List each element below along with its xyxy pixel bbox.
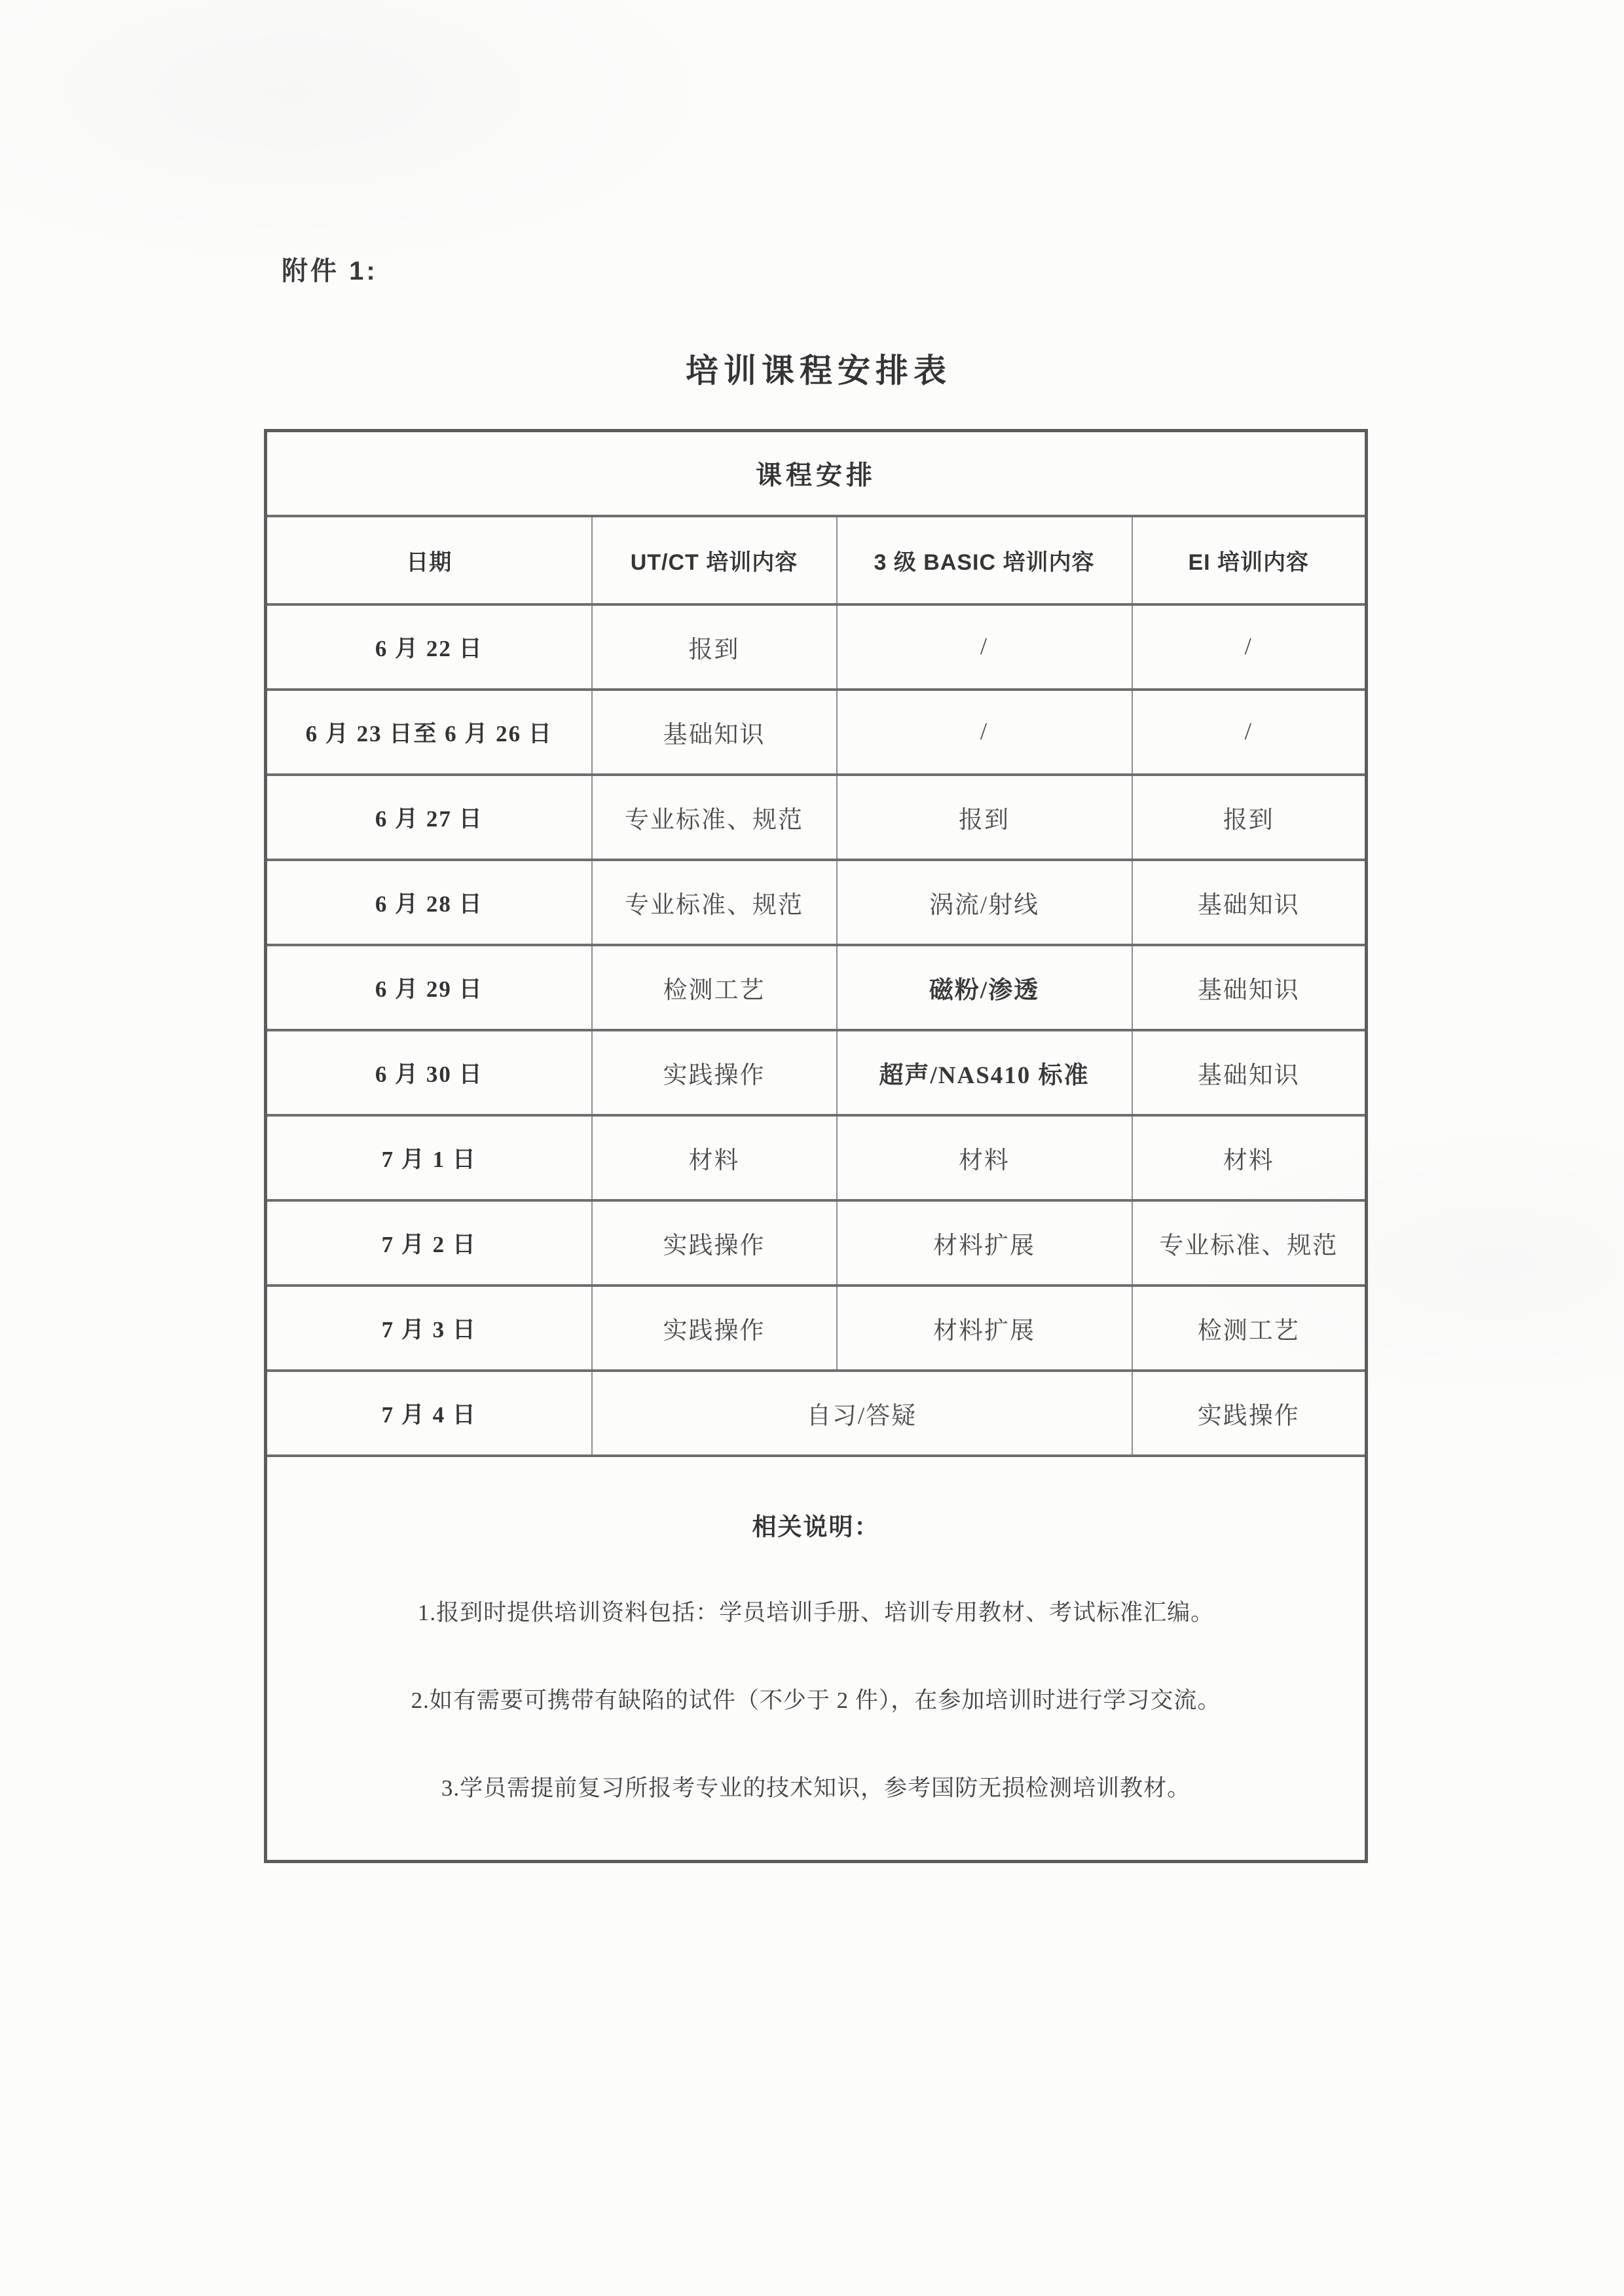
schedule-cell: 报到 — [1132, 775, 1367, 860]
table-row: 6 月 29 日 检测工艺 磁粉/渗透 基础知识 — [266, 945, 1367, 1030]
date-cell: 6 月 28 日 — [266, 860, 592, 945]
notes-row: 相关说明： 1.报到时提供培训资料包括：学员培训手册、培训专用教材、考试标准汇编… — [266, 1456, 1367, 1862]
schedule-cell: 实践操作 — [592, 1200, 837, 1286]
schedule-cell: 材料 — [837, 1115, 1132, 1200]
date-cell: 7 月 3 日 — [266, 1286, 592, 1371]
schedule-cell: 专业标准、规范 — [592, 775, 837, 860]
date-cell: 6 月 23 日至 6 月 26 日 — [266, 690, 592, 775]
schedule-cell: 材料扩展 — [837, 1200, 1132, 1286]
schedule-cell: 超声/NAS410 标准 — [837, 1030, 1132, 1115]
schedule-cell: 报到 — [592, 604, 837, 690]
note-item: 3.学员需提前复习所报考专业的技术知识，参考国防无损检测培训教材。 — [267, 1775, 1365, 1802]
schedule-cell: 基础知识 — [1132, 860, 1367, 945]
column-header-basic: 3 级 BASIC 培训内容 — [837, 516, 1132, 604]
schedule-cell: 材料扩展 — [837, 1286, 1132, 1371]
date-cell: 6 月 30 日 — [266, 1030, 592, 1115]
date-cell: 7 月 2 日 — [266, 1200, 592, 1286]
note-item: 1.报到时提供培训资料包括：学员培训手册、培训专用教材、考试标准汇编。 — [267, 1599, 1365, 1627]
table-row: 6 月 28 日 专业标准、规范 涡流/射线 基础知识 — [266, 860, 1367, 945]
table-row: 7 月 3 日 实践操作 材料扩展 检测工艺 — [266, 1286, 1367, 1371]
schedule-cell: 涡流/射线 — [837, 860, 1132, 945]
note-item: 2.如有需要可携带有缺陷的试件（不少于 2 件），在参加培训时进行学习交流。 — [267, 1687, 1365, 1714]
slash-cell: / — [837, 690, 1132, 775]
notes-cell: 相关说明： 1.报到时提供培训资料包括：学员培训手册、培训专用教材、考试标准汇编… — [266, 1456, 1367, 1862]
date-cell: 7 月 4 日 — [266, 1371, 592, 1456]
slash-cell: / — [1132, 690, 1367, 775]
date-cell: 6 月 27 日 — [266, 775, 592, 860]
schedule-cell: 基础知识 — [592, 690, 837, 775]
slash-cell: / — [1132, 604, 1367, 690]
page-title: 培训课程安排表 — [0, 344, 1624, 392]
table-row: 6 月 30 日 实践操作 超声/NAS410 标准 基础知识 — [266, 1030, 1367, 1115]
schedule-cell: 报到 — [837, 775, 1132, 860]
table-row: 7 月 4 日 自习/答疑 实践操作 — [266, 1371, 1367, 1456]
table-row: 6 月 23 日至 6 月 26 日 基础知识 / / — [266, 690, 1367, 775]
table-caption: 课程安排 — [266, 431, 1367, 516]
schedule-cell: 磁粉/渗透 — [837, 945, 1132, 1030]
document-page: 附件 1: 培训课程安排表 课程安排 日期 UT/CT 培训内容 3 级 BAS… — [0, 0, 1624, 2296]
column-header-date: 日期 — [266, 516, 592, 604]
schedule-cell: 材料 — [592, 1115, 837, 1200]
merged-selfstudy-cell: 自习/答疑 — [592, 1371, 1132, 1456]
schedule-cell: 实践操作 — [1132, 1371, 1367, 1456]
schedule-cell: 材料 — [1132, 1115, 1367, 1200]
schedule-table: 课程安排 日期 UT/CT 培训内容 3 级 BASIC 培训内容 EI 培训内… — [264, 429, 1368, 1863]
schedule-cell: 专业标准、规范 — [1132, 1200, 1367, 1286]
table-row: 6 月 27 日 专业标准、规范 报到 报到 — [266, 775, 1367, 860]
schedule-cell: 实践操作 — [592, 1286, 837, 1371]
table-row: 7 月 1 日 材料 材料 材料 — [266, 1115, 1367, 1200]
table-caption-row: 课程安排 — [266, 431, 1367, 516]
date-cell: 7 月 1 日 — [266, 1115, 592, 1200]
slash-cell: / — [837, 604, 1132, 690]
table-row: 7 月 2 日 实践操作 材料扩展 专业标准、规范 — [266, 1200, 1367, 1286]
schedule-cell: 检测工艺 — [592, 945, 837, 1030]
table-row: 6 月 22 日 报到 / / — [266, 604, 1367, 690]
schedule-cell: 基础知识 — [1132, 1030, 1367, 1115]
date-cell: 6 月 29 日 — [266, 945, 592, 1030]
schedule-cell: 检测工艺 — [1132, 1286, 1367, 1371]
column-header-ei: EI 培训内容 — [1132, 516, 1367, 604]
notes-title: 相关说明： — [267, 1515, 1365, 1539]
schedule-cell: 基础知识 — [1132, 945, 1367, 1030]
date-cell: 6 月 22 日 — [266, 604, 592, 690]
schedule-cell: 实践操作 — [592, 1030, 837, 1115]
attachment-label: 附件 1: — [282, 250, 378, 287]
column-header-row: 日期 UT/CT 培训内容 3 级 BASIC 培训内容 EI 培训内容 — [266, 516, 1367, 604]
schedule-cell: 专业标准、规范 — [592, 860, 837, 945]
column-header-utct: UT/CT 培训内容 — [592, 516, 837, 604]
